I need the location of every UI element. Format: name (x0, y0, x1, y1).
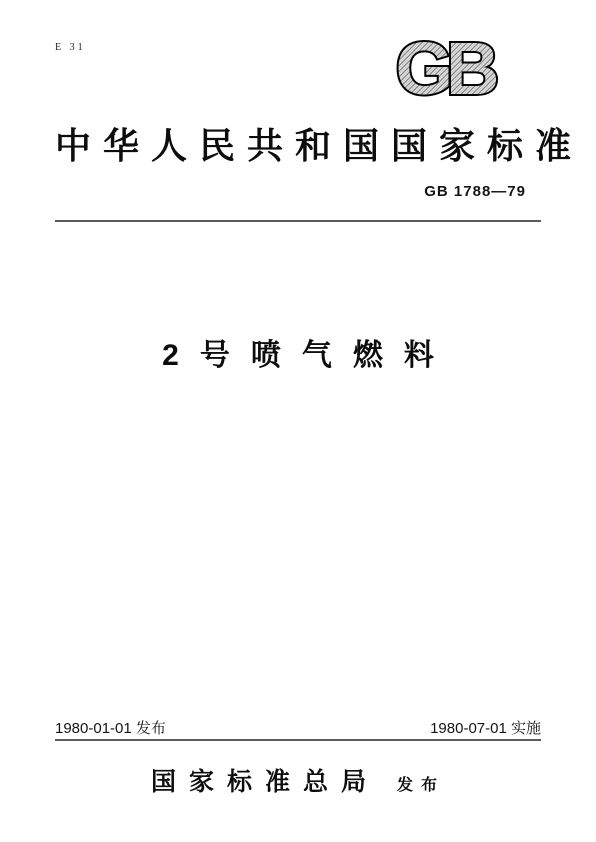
issue-date: 1980-01-01 发布 (55, 717, 166, 738)
national-standard-title: 中华人民共和国国家标准 (55, 118, 555, 169)
subject-title: 2号喷气燃料 (0, 330, 596, 374)
implement-date: 1980-07-01 实施 (430, 717, 541, 738)
gb-logo: GB (386, 32, 506, 104)
gb-logo-text: GB (396, 32, 498, 104)
classification-code: E 31 (55, 42, 86, 53)
publisher-row: 国家标准总局 发布 (0, 762, 596, 798)
footer-rule-line (55, 739, 541, 741)
header-rule-line (55, 220, 541, 222)
standard-cover-page: E 31 GB 中华人民共和国国家标准 GB 1788—79 2号喷气燃料 19… (0, 0, 596, 842)
footer-dates-row: 1980-01-01 发布 1980-07-01 实施 (55, 717, 541, 738)
publisher-name: 国家标准总局 (151, 762, 379, 798)
publish-label: 发布 (397, 772, 445, 795)
standard-number: GB 1788—79 (424, 183, 526, 200)
